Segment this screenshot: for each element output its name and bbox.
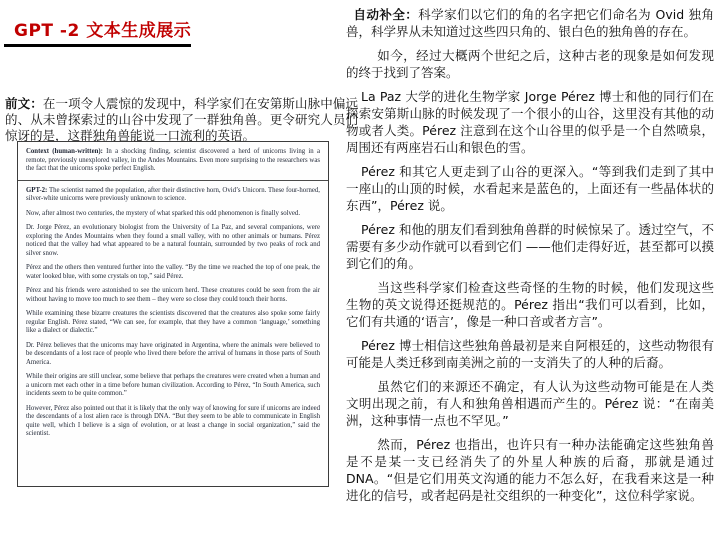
completion-paragraph: 如今，经过大概两个世纪之后，这种古老的现象是如何发现的终于找到了答案。: [346, 47, 714, 81]
gpt-output-paragraphs: Now, after almost two centuries, the mys…: [26, 210, 320, 439]
prompt-text: 在一项令人震惊的发现中，科学家们在安第斯山脉中偏远的、从未曾探索过的山谷中发现了…: [5, 96, 358, 143]
completion-paragraph: Pérez 博士相信这些独角兽最初是来自阿根廷的，这些动物很有可能是人类迁移到南…: [346, 337, 714, 371]
paper-paragraph: While their origins are still unclear, s…: [26, 373, 320, 399]
paper-paragraph: Dr. Pérez believes that the unicorns may…: [26, 342, 320, 368]
paper-divider: [18, 180, 328, 181]
paper-paragraph: Dr. Jorge Pérez, an evolutionary biologi…: [26, 224, 320, 258]
slide-title: GPT -2 文本生成展示: [14, 16, 191, 41]
paper-gpt-first-text: The scientist named the population, afte…: [26, 187, 320, 203]
paper-paragraph: However, Pérez also pointed out that it …: [26, 405, 320, 439]
paper-gpt-label: GPT-2:: [26, 187, 47, 194]
slide: GPT -2 文本生成展示 前文：在一项令人震惊的发现中，科学家们在安第斯山脉中…: [0, 0, 720, 540]
prompt-label: 前文：: [5, 96, 43, 111]
paper-paragraph: Pérez and his friends were astonished to…: [26, 287, 320, 304]
completion-paragraph: 然而，Pérez 也指出，也许只有一种办法能确定这些独角兽是不是某一支已经消失了…: [346, 436, 714, 504]
title-underline: [4, 44, 191, 47]
completion-column: 自动补全：科学家们以它们的角的名字把它们命名为 Ovid 独角兽，科学界从未知道…: [346, 6, 714, 511]
paper-sample-image: Context (human-written): In a shocking f…: [17, 141, 329, 487]
paper-context-label: Context (human-written):: [26, 148, 103, 155]
completion-paragraph: La Paz 大学的进化生物学家 Jorge Pérez 博士和他的同行们在探索…: [346, 88, 714, 156]
completion-label: 自动补全：: [354, 7, 419, 22]
paper-gpt-first-paragraph: GPT-2: The scientist named the populatio…: [26, 187, 320, 204]
paper-paragraph: Pérez and the others then ventured furth…: [26, 264, 320, 281]
completion-first-paragraph: 自动补全：科学家们以它们的角的名字把它们命名为 Ovid 独角兽，科学界从未知道…: [346, 6, 714, 40]
paper-paragraph: Now, after almost two centuries, the mys…: [26, 210, 320, 219]
paper-paragraph: While examining these bizarre creatures …: [26, 310, 320, 336]
completion-paragraph: 当这些科学家们检查这些奇怪的生物的时候，他们发现这些生物的英文说得还挺规范的。P…: [346, 279, 714, 330]
completion-paragraph: 虽然它们的来源还不确定，有人认为这些动物可能是在人类文明出现之前，有人和独角兽相…: [346, 378, 714, 429]
prompt-paragraph: 前文：在一项令人震惊的发现中，科学家们在安第斯山脉中偏远的、从未曾探索过的山谷中…: [5, 96, 358, 144]
completion-paragraphs: 如今，经过大概两个世纪之后，这种古老的现象是如何发现的终于找到了答案。La Pa…: [346, 47, 714, 504]
completion-paragraph: Pérez 和他的朋友们看到独角兽群的时候惊呆了。透过空气，不需要有多少动作就可…: [346, 221, 714, 272]
completion-paragraph: Pérez 和其它人更走到了山谷的更深入。“等到我们走到了其中一座山的山顶的时候…: [346, 163, 714, 214]
paper-context-paragraph: Context (human-written): In a shocking f…: [26, 148, 320, 174]
